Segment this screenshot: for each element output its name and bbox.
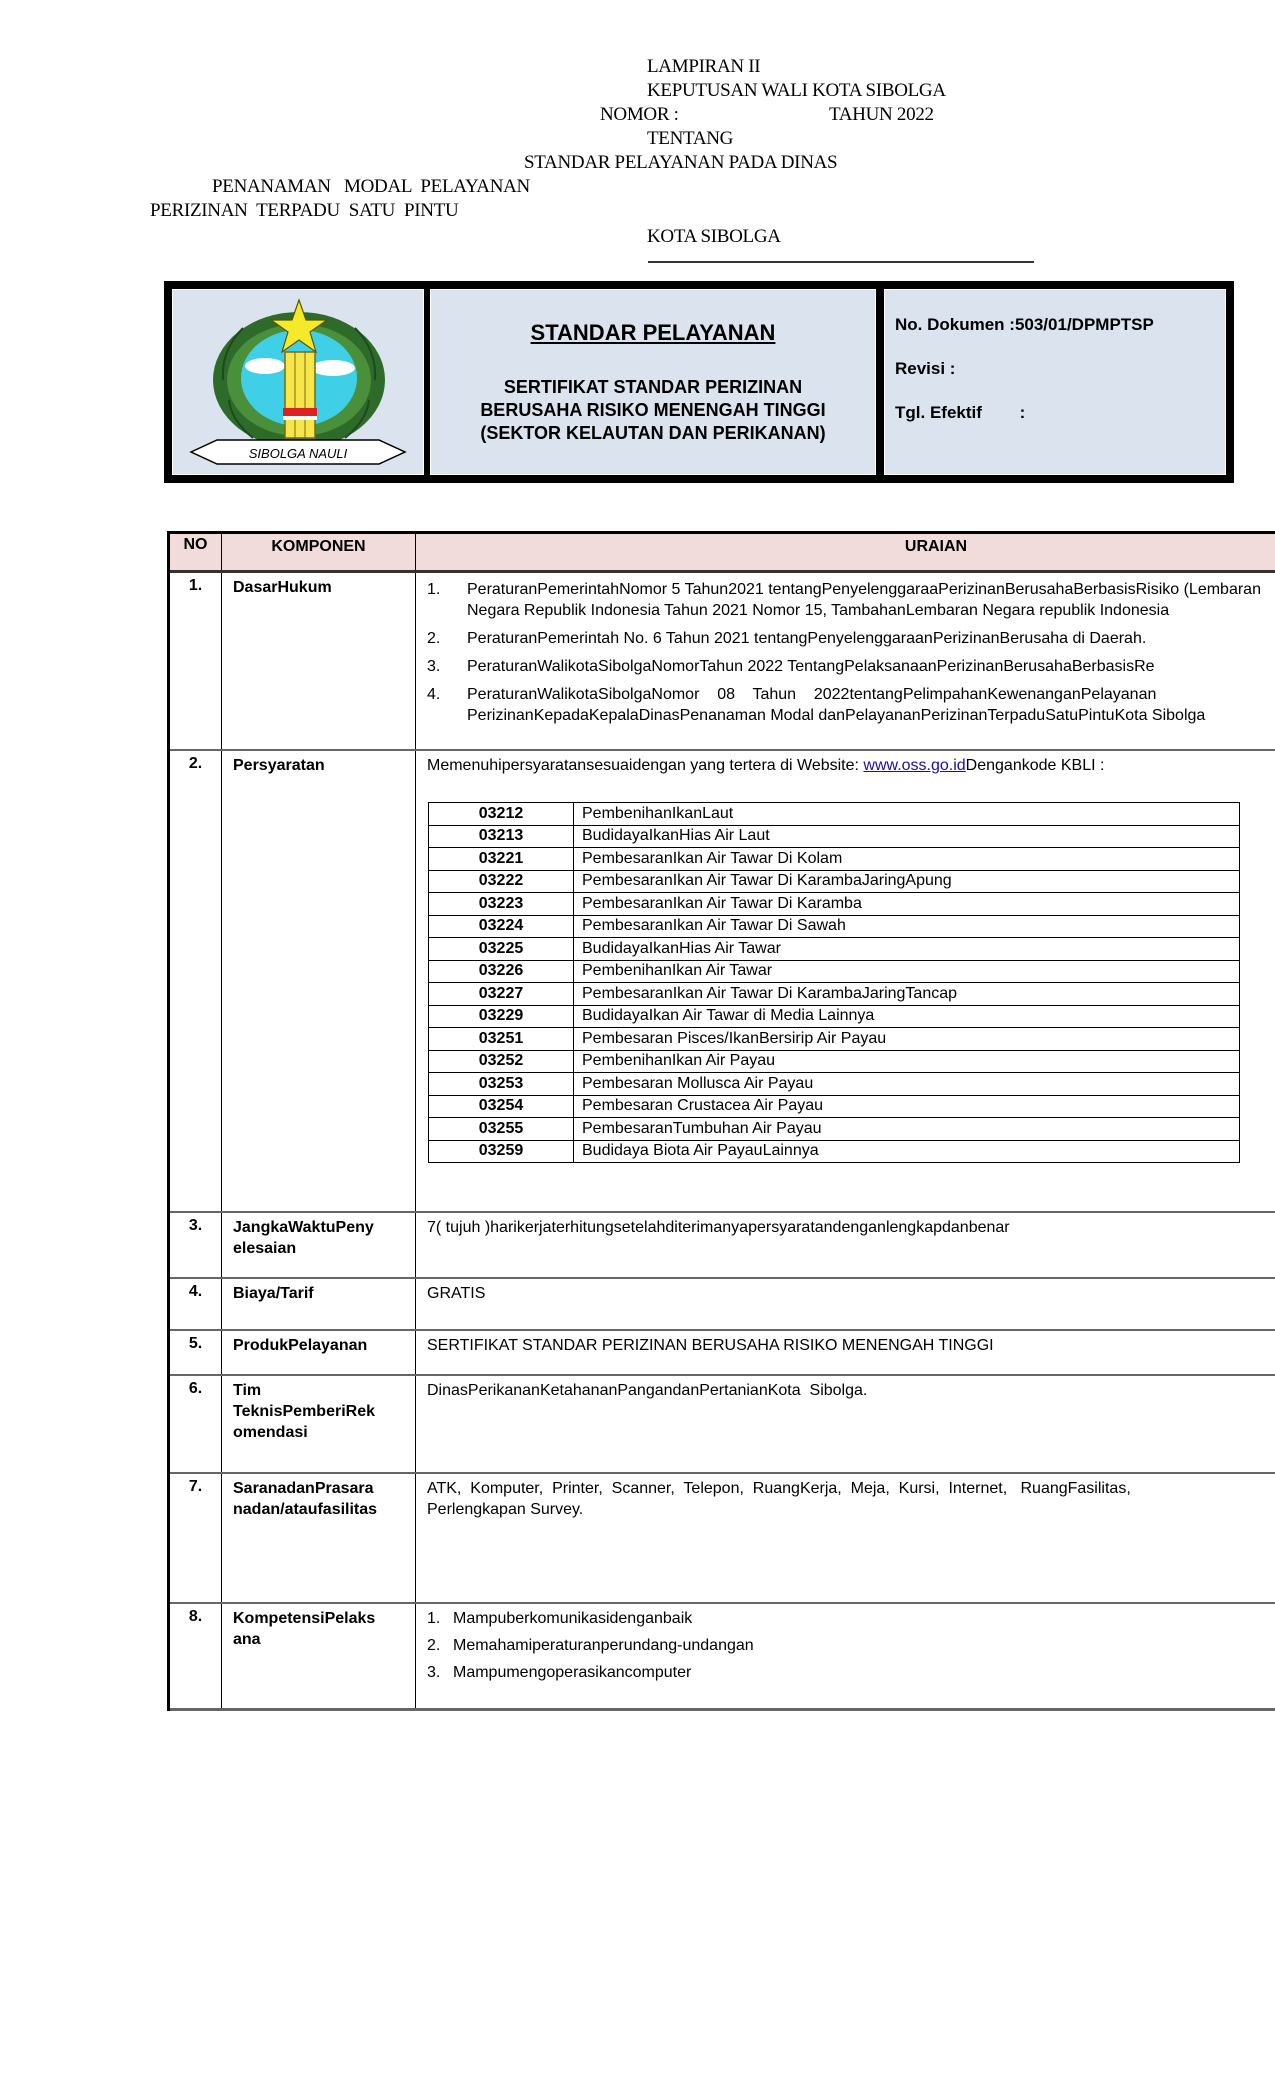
- document-meta-cell: No. Dokumen :503/01/DPMPTSP Revisi : Tgl…: [884, 289, 1226, 475]
- kbli-code: 03259: [429, 1140, 574, 1163]
- row-number: 1.: [170, 573, 222, 749]
- kbli-row: 03229BudidayaIkan Air Tawar di Media Lai…: [429, 1005, 1240, 1028]
- row-komponen: TimTeknisPemberiRekomendasi: [222, 1376, 416, 1472]
- kbli-row: 03253Pembesaran Mollusca Air Payau: [429, 1073, 1240, 1096]
- row-uraian: ATK, Komputer, Printer, Scanner, Telepon…: [416, 1474, 1275, 1602]
- kbli-row: 03221PembesaranIkan Air Tawar Di Kolam: [429, 848, 1240, 871]
- list-item: 1.Mampuberkomunikasidenganbaik: [427, 1608, 1275, 1629]
- legal-basis-list: 1.PeraturanPemerintahNomor 5 Tahun2021 t…: [427, 579, 1275, 726]
- subject-line-3: PERIZINAN TERPADU SATU PINTU: [150, 200, 458, 222]
- kbli-description: PembenihanIkan Air Tawar: [574, 960, 1240, 983]
- kbli-description: Pembesaran Pisces/IkanBersirip Air Payau: [574, 1028, 1240, 1051]
- row-komponen: ProdukPelayanan: [222, 1331, 416, 1374]
- row-komponen: DasarHukum: [222, 573, 416, 749]
- title-cell: STANDAR PELAYANAN SERTIFIKAT STANDAR PER…: [430, 289, 876, 475]
- table-row: 4. Biaya/Tarif GRATIS: [170, 1279, 1275, 1331]
- document-header-box: SIBOLGA NAULI STANDAR PELAYANAN SERTIFIK…: [164, 281, 1234, 483]
- kbli-row: 03251Pembesaran Pisces/IkanBersirip Air …: [429, 1028, 1240, 1051]
- kbli-row: 03255PembesaranTumbuhan Air Payau: [429, 1118, 1240, 1141]
- row-uraian: 1.Mampuberkomunikasidenganbaik 2.Memaham…: [416, 1604, 1275, 1708]
- sibolga-emblem-icon: SIBOLGA NAULI: [173, 290, 423, 474]
- kbli-description: Pembesaran Crustacea Air Payau: [574, 1095, 1240, 1118]
- requirements-intro-suffix: Dengankode KBLI :: [966, 757, 1105, 774]
- kbli-row: 03212PembenihanIkanLaut: [429, 803, 1240, 826]
- kbli-row: 03225BudidayaIkanHias Air Tawar: [429, 938, 1240, 961]
- kbli-code: 03212: [429, 803, 574, 826]
- kbli-code-table: 03212PembenihanIkanLaut03213BudidayaIkan…: [428, 802, 1240, 1163]
- row-number: 8.: [170, 1604, 222, 1708]
- list-item: 3.PeraturanWalikotaSibolgaNomorTahun 202…: [427, 656, 1275, 677]
- oss-website-link[interactable]: www.oss.go.id: [863, 757, 965, 774]
- list-item: 2.Memahamiperaturanperundang-undangan: [427, 1635, 1275, 1656]
- keputusan-label: KEPUTUSAN WALI KOTA SIBOLGA: [647, 80, 946, 102]
- kbli-code: 03222: [429, 870, 574, 893]
- kbli-description: PembenihanIkan Air Payau: [574, 1050, 1240, 1073]
- list-item: 4.PeraturanWalikotaSibolgaNomor 08 Tahun…: [427, 684, 1275, 726]
- row-komponen: Biaya/Tarif: [222, 1279, 416, 1329]
- tentang-label: TENTANG: [647, 128, 733, 150]
- kbli-description: PembesaranIkan Air Tawar Di Karamba: [574, 893, 1240, 916]
- row-uraian: 1.PeraturanPemerintahNomor 5 Tahun2021 t…: [416, 573, 1275, 749]
- row-number: 6.: [170, 1376, 222, 1472]
- subject-line-4: KOTA SIBOLGA: [647, 226, 781, 248]
- header-uraian: URAIAN: [416, 534, 1275, 570]
- header-komponen: KOMPONEN: [222, 534, 416, 570]
- kbli-description: PembesaranIkan Air Tawar Di Sawah: [574, 915, 1240, 938]
- competency-list: 1.Mampuberkomunikasidenganbaik 2.Memaham…: [427, 1608, 1275, 1683]
- signature-divider: [648, 261, 1034, 263]
- list-item: 2.PeraturanPemerintah No. 6 Tahun 2021 t…: [427, 628, 1275, 649]
- row-uraian: SERTIFIKAT STANDAR PERIZINAN BERUSAHA RI…: [416, 1331, 1275, 1374]
- header-no: NO: [170, 534, 222, 570]
- row-number: 7.: [170, 1474, 222, 1602]
- lampiran-label: LAMPIRAN II: [647, 56, 760, 78]
- kbli-code: 03251: [429, 1028, 574, 1051]
- row-komponen: JangkaWaktuPenyelesaian: [222, 1213, 416, 1277]
- kbli-row: 03224PembesaranIkan Air Tawar Di Sawah: [429, 915, 1240, 938]
- row-komponen: Persyaratan: [222, 751, 416, 1211]
- nomor-label: NOMOR :: [600, 104, 679, 126]
- table-row: 7. SaranadanPrasaranadan/ataufasilitas A…: [170, 1474, 1275, 1604]
- kbli-row: 03254Pembesaran Crustacea Air Payau: [429, 1095, 1240, 1118]
- row-komponen: SaranadanPrasaranadan/ataufasilitas: [222, 1474, 416, 1602]
- table-header-row: NO KOMPONEN URAIAN: [170, 531, 1275, 573]
- row-number: 5.: [170, 1331, 222, 1374]
- subtitle-line-1: SERTIFIKAT STANDAR PERIZINAN: [431, 376, 875, 399]
- kbli-code: 03221: [429, 848, 574, 871]
- kbli-description: BudidayaIkanHias Air Tawar: [574, 938, 1240, 961]
- revisi: Revisi :: [895, 359, 955, 379]
- logo-cell: SIBOLGA NAULI: [172, 289, 424, 475]
- row-number: 4.: [170, 1279, 222, 1329]
- kbli-code: 03226: [429, 960, 574, 983]
- kbli-row: 03222PembesaranIkan Air Tawar Di Karamba…: [429, 870, 1240, 893]
- subtitle-line-3: (SEKTOR KELAUTAN DAN PERIKANAN): [431, 422, 875, 445]
- kbli-code: 03253: [429, 1073, 574, 1096]
- table-row: 8. KompetensiPelaksana 1.Mampuberkomunik…: [170, 1604, 1275, 1711]
- kbli-description: Budidaya Biota Air PayauLainnya: [574, 1140, 1240, 1163]
- kbli-row: 03252PembenihanIkan Air Payau: [429, 1050, 1240, 1073]
- kbli-row: 03259Budidaya Biota Air PayauLainnya: [429, 1140, 1240, 1163]
- tgl-efektif: Tgl. Efektif :: [895, 403, 1025, 423]
- kbli-description: PembesaranTumbuhan Air Payau: [574, 1118, 1240, 1141]
- table-row: 2. Persyaratan Memenuhipersyaratansesuai…: [170, 751, 1275, 1213]
- kbli-row: 03226PembenihanIkan Air Tawar: [429, 960, 1240, 983]
- subject-line-2: PENANAMAN MODAL PELAYANAN: [212, 176, 530, 198]
- row-uraian: 7( tujuh )harikerjaterhitungsetelahditer…: [416, 1213, 1275, 1277]
- kbli-row: 03213BudidayaIkanHias Air Laut: [429, 825, 1240, 848]
- kbli-code: 03224: [429, 915, 574, 938]
- table-row: 1. DasarHukum 1.PeraturanPemerintahNomor…: [170, 573, 1275, 751]
- row-uraian: DinasPerikananKetahananPangandanPertania…: [416, 1376, 1275, 1472]
- document-title: STANDAR PELAYANAN: [431, 320, 875, 346]
- list-item: 1.PeraturanPemerintahNomor 5 Tahun2021 t…: [427, 579, 1275, 621]
- kbli-description: PembesaranIkan Air Tawar Di KarambaJarin…: [574, 870, 1240, 893]
- kbli-code: 03213: [429, 825, 574, 848]
- row-number: 3.: [170, 1213, 222, 1277]
- row-uraian: GRATIS: [416, 1279, 1275, 1329]
- kbli-code: 03223: [429, 893, 574, 916]
- kbli-row: 03227PembesaranIkan Air Tawar Di Karamba…: [429, 983, 1240, 1006]
- kbli-code: 03252: [429, 1050, 574, 1073]
- service-standard-table: NO KOMPONEN URAIAN 1. DasarHukum 1.Perat…: [167, 531, 1275, 1711]
- kbli-description: BudidayaIkan Air Tawar di Media Lainnya: [574, 1005, 1240, 1028]
- row-komponen: KompetensiPelaksana: [222, 1604, 416, 1708]
- emblem-ribbon-text: SIBOLGA NAULI: [249, 446, 348, 461]
- table-row: 6. TimTeknisPemberiRekomendasi DinasPeri…: [170, 1376, 1275, 1474]
- requirements-intro: Memenuhipersyaratansesuaidengan yang ter…: [427, 757, 863, 774]
- kbli-code: 03225: [429, 938, 574, 961]
- kbli-code: 03227: [429, 983, 574, 1006]
- kbli-description: PembesaranIkan Air Tawar Di Kolam: [574, 848, 1240, 871]
- table-row: 5. ProdukPelayanan SERTIFIKAT STANDAR PE…: [170, 1331, 1275, 1376]
- kbli-code: 03229: [429, 1005, 574, 1028]
- no-dokumen: No. Dokumen :503/01/DPMPTSP: [895, 315, 1154, 335]
- kbli-description: BudidayaIkanHias Air Laut: [574, 825, 1240, 848]
- row-number: 2.: [170, 751, 222, 1211]
- list-item: 3.Mampumengoperasikancomputer: [427, 1662, 1275, 1683]
- kbli-code: 03255: [429, 1118, 574, 1141]
- kbli-description: PembesaranIkan Air Tawar Di KarambaJarin…: [574, 983, 1240, 1006]
- subject-line-1: STANDAR PELAYANAN PADA DINAS: [524, 152, 837, 174]
- kbli-description: PembenihanIkanLaut: [574, 803, 1240, 826]
- row-uraian: Memenuhipersyaratansesuaidengan yang ter…: [416, 751, 1275, 1211]
- tahun-label: TAHUN 2022: [829, 104, 934, 126]
- subtitle-line-2: BERUSAHA RISIKO MENENGAH TINGGI: [431, 399, 875, 422]
- document-subtitle: SERTIFIKAT STANDAR PERIZINAN BERUSAHA RI…: [431, 376, 875, 445]
- table-row: 3. JangkaWaktuPenyelesaian 7( tujuh )har…: [170, 1213, 1275, 1279]
- kbli-description: Pembesaran Mollusca Air Payau: [574, 1073, 1240, 1096]
- kbli-row: 03223PembesaranIkan Air Tawar Di Karamba: [429, 893, 1240, 916]
- kbli-code: 03254: [429, 1095, 574, 1118]
